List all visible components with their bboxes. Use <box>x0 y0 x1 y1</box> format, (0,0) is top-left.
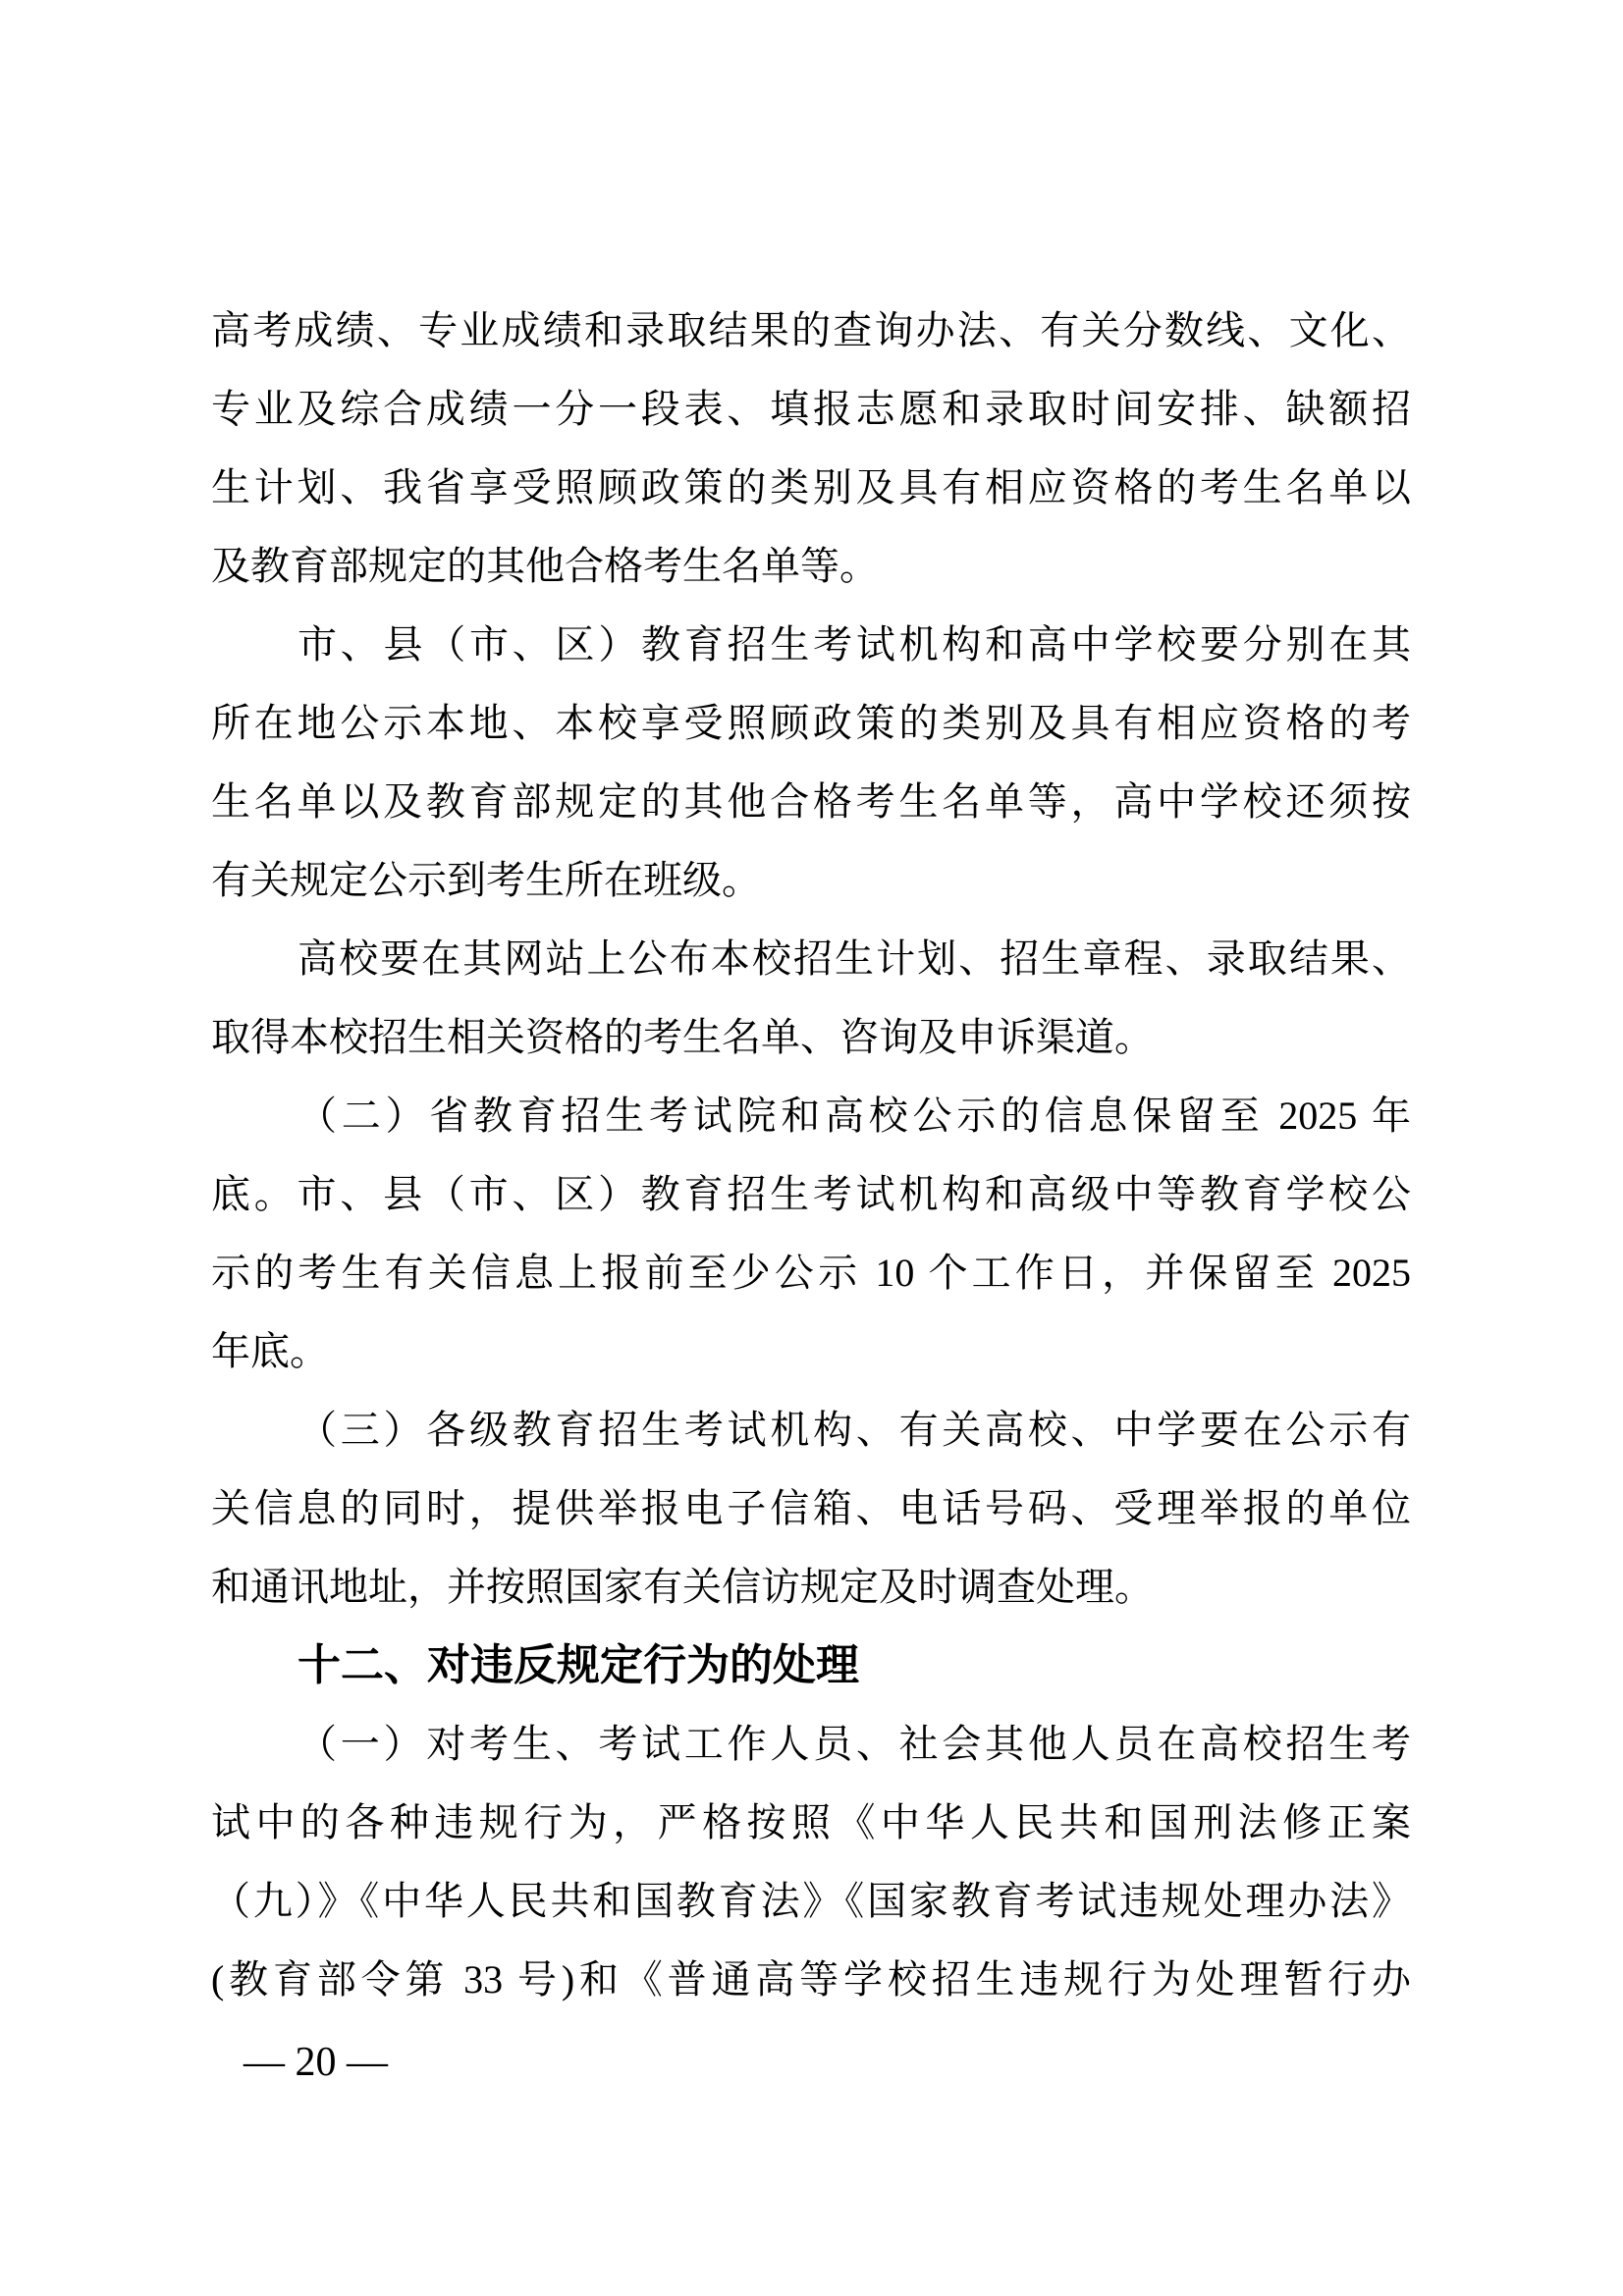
text-line: (教育部令第 33 号)和《普通高等学校招生违规行为处理暂行办 <box>211 1941 1411 2019</box>
text-line: （九）》《中华人民共和国教育法》《国家教育考试违规处理办法》 <box>211 1862 1411 1941</box>
text-line: 试中的各种违规行为，严格按照《中华人民共和国刑法修正案 <box>211 1784 1411 1862</box>
page-number: — 20 — <box>243 2040 388 2085</box>
text-line: 年底。 <box>211 1312 1411 1391</box>
text-line: 关信息的同时，提供举报电子信箱、电话号码、受理举报的单位 <box>211 1469 1411 1548</box>
text-line: 生名单以及教育部规定的其他合格考生名单等，高中学校还须按 <box>211 763 1411 841</box>
text-line: （三）各级教育招生考试机构、有关高校、中学要在公示有 <box>211 1391 1411 1469</box>
text-line: 生计划、我省享受照顾政策的类别及具有相应资格的考生名单以 <box>211 449 1411 527</box>
text-line: 底。市、县（市、区）教育招生考试机构和高级中等教育学校公 <box>211 1155 1411 1234</box>
text-line: 高考成绩、专业成绩和录取结果的查询办法、有关分数线、文化、 <box>211 292 1411 370</box>
text-line: 专业及综合成绩一分一段表、填报志愿和录取时间安排、缺额招 <box>211 370 1411 449</box>
text-line: 高校要在其网站上公布本校招生计划、招生章程、录取结果、 <box>211 920 1411 998</box>
section-heading: 十二、对违反规定行为的处理 <box>211 1627 1411 1705</box>
text-line: 所在地公示本地、本校享受照顾政策的类别及具有相应资格的考 <box>211 684 1411 763</box>
text-line: 有关规定公示到考生所在班级。 <box>211 841 1411 920</box>
document-body: 高考成绩、专业成绩和录取结果的查询办法、有关分数线、文化、 专业及综合成绩一分一… <box>211 292 1411 2019</box>
text-line: （二）省教育招生考试院和高校公示的信息保留至 2025 年 <box>211 1077 1411 1155</box>
text-line: 和通讯地址，并按照国家有关信访规定及时调查处理。 <box>211 1548 1411 1627</box>
document-page: 高考成绩、专业成绩和录取结果的查询办法、有关分数线、文化、 专业及综合成绩一分一… <box>0 0 1623 2296</box>
text-line: 市、县（市、区）教育招生考试机构和高中学校要分别在其 <box>211 606 1411 684</box>
text-line: （一）对考生、考试工作人员、社会其他人员在高校招生考 <box>211 1705 1411 1784</box>
text-line: 及教育部规定的其他合格考生名单等。 <box>211 527 1411 606</box>
text-line: 示的考生有关信息上报前至少公示 10 个工作日，并保留至 2025 <box>211 1234 1411 1312</box>
text-line: 取得本校招生相关资格的考生名单、咨询及申诉渠道。 <box>211 998 1411 1077</box>
